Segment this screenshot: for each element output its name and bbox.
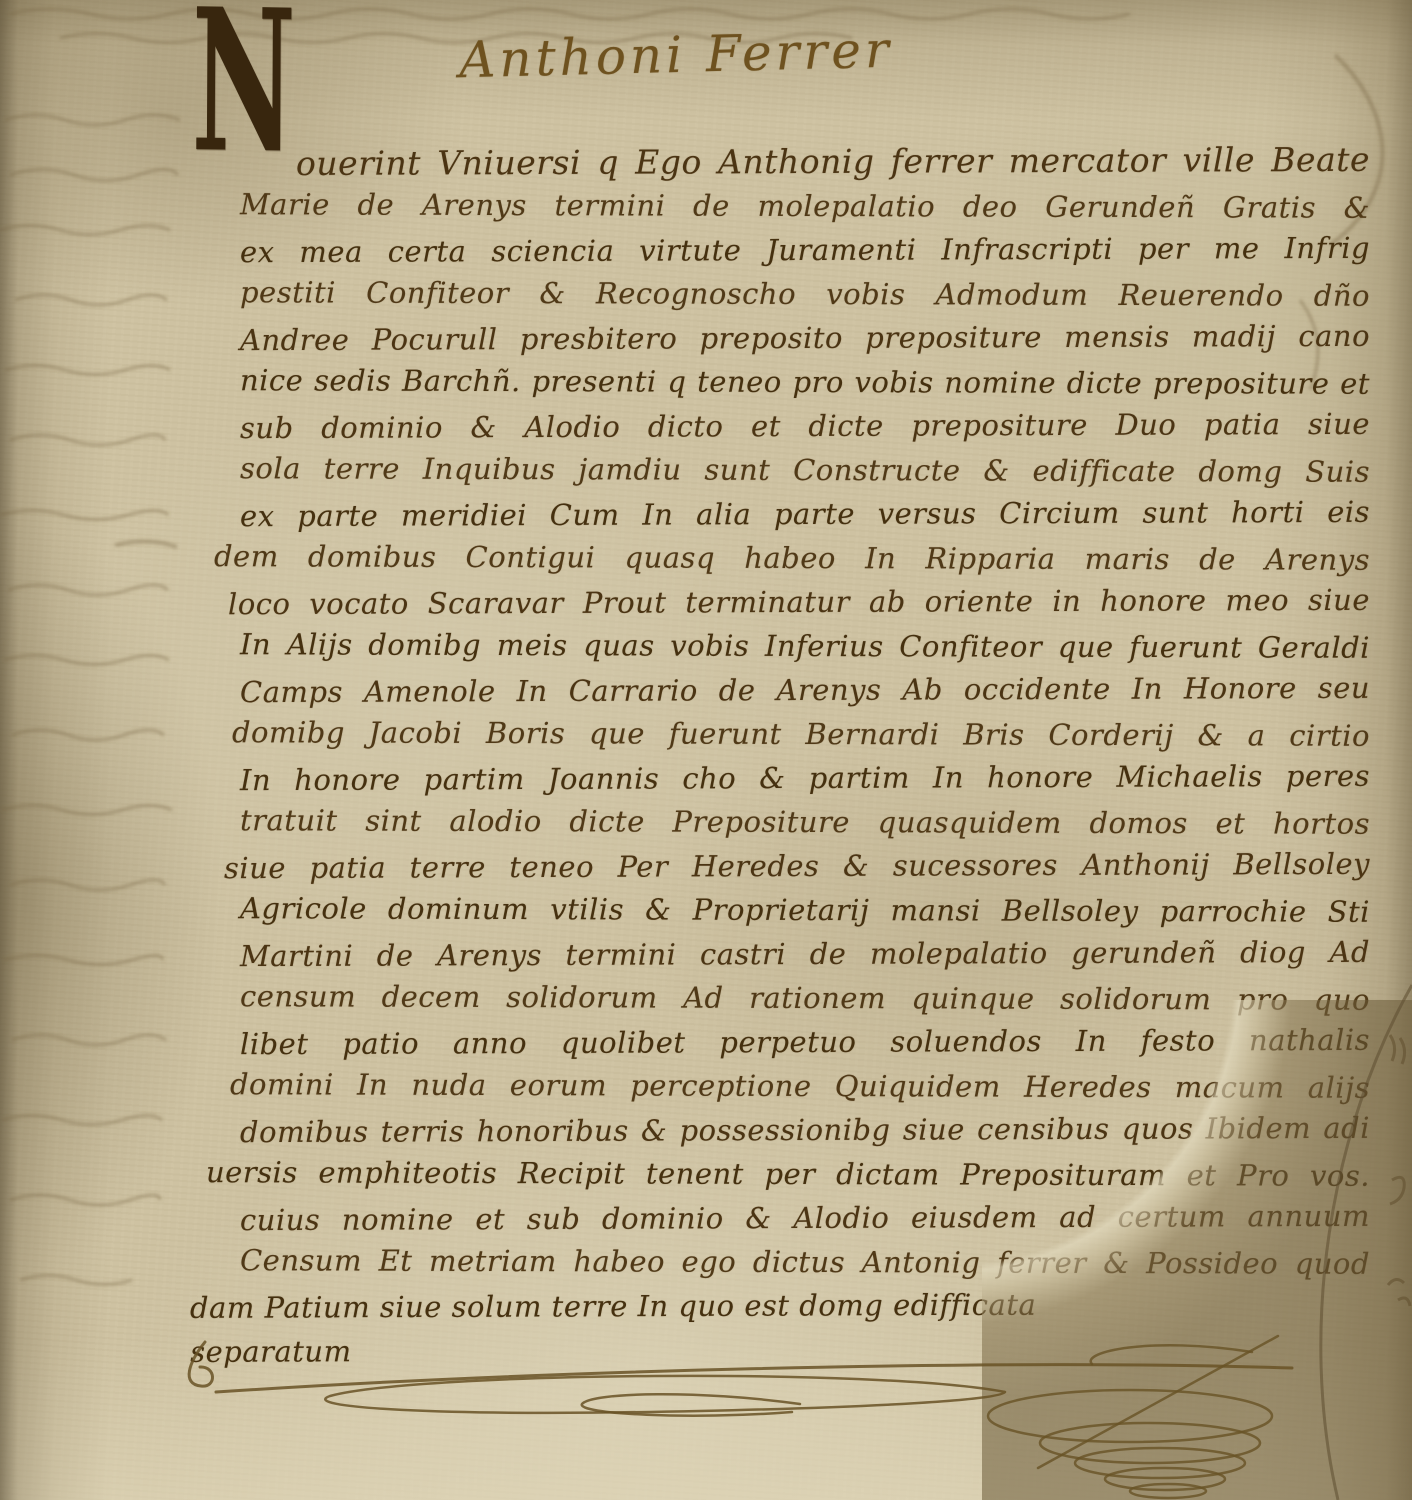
manuscript-line: sola terre Inquibus jamdiu sunt Construc… [240,446,1370,494]
manuscript-line: Martini de Arenys termini castri de mole… [240,930,1370,978]
manuscript-line: ex parte meridiei Cum In alia parte vers… [240,490,1370,538]
manuscript-line: siue patia terre teneo Per Heredes & suc… [224,842,1370,890]
manuscript-line: Marie de Arenys termini de molepalatio d… [240,182,1370,230]
manuscript-line: loco vocato Scaravar Prout terminatur ab… [228,578,1370,626]
page-curl-shadow [982,1000,1412,1500]
manuscript-line: domibg Jacobi Boris que fuerunt Bernardi… [232,710,1370,758]
manuscript-line: nice sedis Barchñ. presenti q teneo pro … [240,358,1370,406]
manuscript-line: In Alijs domibg meis quas vobis Inferius… [240,622,1370,670]
initial-letter-N: N [191,6,296,158]
manuscript-line: tratuit sint alodio dicte Prepositure qu… [240,798,1370,846]
manuscript-line: Agricole dominum vtilis & Proprietarij m… [240,886,1370,934]
manuscript-line: pestiti Confiteor & Recognoscho vobis Ad… [240,270,1370,318]
manuscript-line: In honore partim Joannis cho & partim In… [240,754,1370,802]
manuscript-line: ex mea certa sciencia virtute Juramenti … [240,226,1370,274]
manuscript-page: Anthoni Ferrer N ouerint Vniuersi q Ego … [0,0,1412,1500]
manuscript-line: dem domibus Contigui quasq habeo In Ripp… [214,534,1370,582]
manuscript-line: Andree Pocurull presbitero preposito pre… [240,314,1370,362]
manuscript-line: sub dominio & Alodio dicto et dicte prep… [240,402,1370,450]
manuscript-line: ouerint Vniuersi q Ego Anthonig ferrer m… [240,138,1370,186]
manuscript-line: Camps Amenole In Carrario de Arenys Ab o… [240,666,1370,714]
